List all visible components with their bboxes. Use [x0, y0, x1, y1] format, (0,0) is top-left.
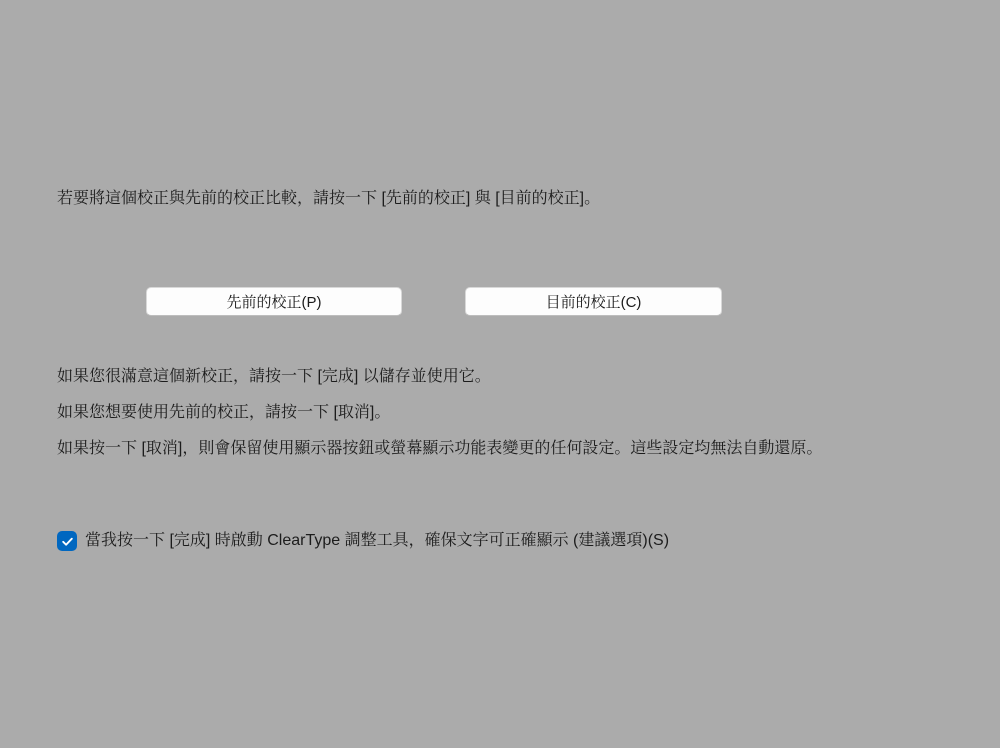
cleartype-checkbox[interactable] — [57, 531, 77, 551]
current-calibration-button[interactable]: 目前的校正(C) — [465, 287, 722, 316]
finish-instruction-text: 如果您很滿意這個新校正，請按一下 [完成] 以儲存並使用它。 — [57, 367, 491, 387]
calibration-screen: 若要將這個校正與先前的校正比較，請按一下 [先前的校正] 與 [目前的校正]。 … — [0, 0, 1000, 748]
cleartype-checkbox-row: 當我按一下 [完成] 時啟動 ClearType 調整工具，確保文字可正確顯示 … — [57, 531, 669, 551]
previous-calibration-button[interactable]: 先前的校正(P) — [146, 287, 402, 316]
cancel-note-text: 如果按一下 [取消]，則會保留使用顯示器按鈕或螢幕顯示功能表變更的任何設定。這些… — [57, 439, 822, 459]
cancel-instruction-text: 如果您想要使用先前的校正，請按一下 [取消]。 — [57, 403, 390, 423]
intro-text: 若要將這個校正與先前的校正比較，請按一下 [先前的校正] 與 [目前的校正]。 — [57, 189, 600, 209]
cleartype-checkbox-label[interactable]: 當我按一下 [完成] 時啟動 ClearType 調整工具，確保文字可正確顯示 … — [85, 531, 669, 551]
